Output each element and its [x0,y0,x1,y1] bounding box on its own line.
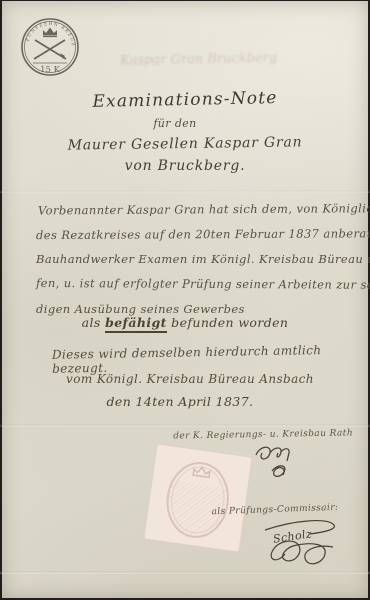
signature-flourish-icon [255,512,350,572]
attestation-date: den 14ten April 1837. [60,394,300,409]
verdict-post: befunden worden [171,315,288,330]
commissioner-signature: Scholz [255,512,350,572]
body-line: Bauhandwerker Examen im Königl. Kreisbau… [36,247,370,272]
stamp-value: 15 K [40,65,61,75]
revenue-stamp-icon: FÜNFZEHN KREUZER 15 K [16,13,84,81]
scanned-document: FÜNFZEHN KREUZER 15 K Kaspar Gran Bruckb… [0,0,370,600]
revenue-stamp: FÜNFZEHN KREUZER 15 K [16,13,84,81]
body-line: Vorbenannter Kaspar Gran hat sich dem, v… [38,196,370,224]
embossed-seal [139,439,256,556]
verdict-pre: als [82,315,101,330]
ghost-bleedthrough-text: Kaspar Gran Bruckberg [120,51,278,69]
verdict-emphasized-word: befähigt [105,315,167,333]
attestation-line: Dieses wird demselben hierdurch amtlich … [52,342,370,376]
title-subline-for: für den [60,117,290,130]
attestation-place: vom Königl. Kreisbau Büreau Ansbach [60,372,320,386]
body-line: fen, u. ist auf erfolgter Prüfung seiner… [36,271,370,298]
title-origin: von Bruckberg. [60,158,310,174]
body-line: des Rezatkreises auf den 20ten Februar 1… [36,221,370,248]
verdict-line: als befähigt befunden worden [60,315,310,330]
signature-kreisbaurath-icon [248,441,308,486]
